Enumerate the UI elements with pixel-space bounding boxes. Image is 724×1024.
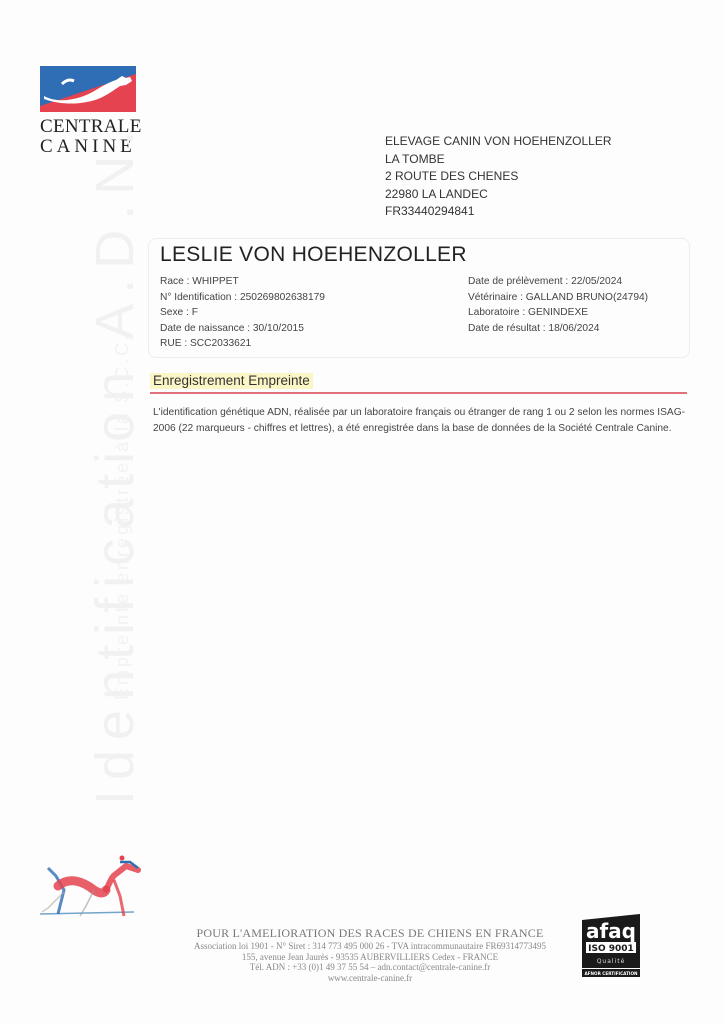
section-body: L'identification génétique ADN, réalisée… [153, 405, 693, 436]
rue-number: RUE : SCC2033621 [160, 336, 325, 352]
address-line: 22980 LA LANDEC [385, 186, 612, 204]
svg-text:Qualité: Qualité [597, 958, 626, 965]
footer: POUR L'AMELIORATION DES RACES DE CHIENS … [160, 926, 580, 983]
result-date: Date de résultat : 18/06/2024 [468, 321, 648, 337]
footer-contact: Tél. ADN : +33 (0)1 49 37 55 54 – adn.co… [160, 962, 580, 973]
recipient-address: ELEVAGE CANIN VON HOEHENZOLLER LA TOMBE … [385, 133, 612, 221]
breed: Race : WHIPPET [160, 274, 325, 290]
footer-legal: Association loi 1901 - N° Siret : 314 77… [160, 941, 580, 952]
address-line: ELEVAGE CANIN VON HOEHENZOLLER [385, 133, 612, 151]
section-title: Enregistrement Empreinte [150, 373, 313, 389]
svg-text:ISO 9001: ISO 9001 [588, 944, 634, 954]
sex: Sexe : F [160, 305, 325, 321]
svg-text:AFNOR CERTIFICATION: AFNOR CERTIFICATION [584, 971, 638, 976]
dog-details-left: Race : WHIPPET N° Identification : 25026… [160, 274, 325, 352]
dog-details-right: Date de prélèvement : 22/05/2024 Vétérin… [468, 274, 648, 336]
laboratory: Laboratoire : GENINDEXE [468, 305, 648, 321]
svg-text:afaq: afaq [586, 919, 636, 943]
dog-name: LESLIE VON HOEHENZOLLER [160, 243, 467, 267]
footer-website[interactable]: www.centrale-canine.fr [160, 973, 580, 984]
birth-date: Date de naissance : 30/10/2015 [160, 321, 325, 337]
footer-tagline: POUR L'AMELIORATION DES RACES DE CHIENS … [160, 926, 580, 941]
address-line: 2 ROUTE DES CHENES [385, 168, 612, 186]
section-divider [150, 392, 687, 394]
address-line: LA TOMBE [385, 151, 612, 169]
address-line: FR33440294841 [385, 203, 612, 221]
leaping-dog-flag-icon [40, 66, 136, 112]
greyhound-illustration-icon [34, 846, 144, 926]
watermark-sub: Empreinte enregistrée à la S.C.C. [112, 332, 133, 700]
sampling-date: Date de prélèvement : 22/05/2024 [468, 274, 648, 290]
identification-number: N° Identification : 250269802638179 [160, 290, 325, 306]
footer-address: 155, avenue Jean Jaurès - 93535 AUBERVIL… [160, 952, 580, 963]
veterinarian: Vétérinaire : GALLAND BRUNO(24794) [468, 290, 648, 306]
afaq-iso-9001-badge-icon: afaq ISO 9001 Qualité AFNOR CERTIFICATIO… [576, 912, 646, 978]
